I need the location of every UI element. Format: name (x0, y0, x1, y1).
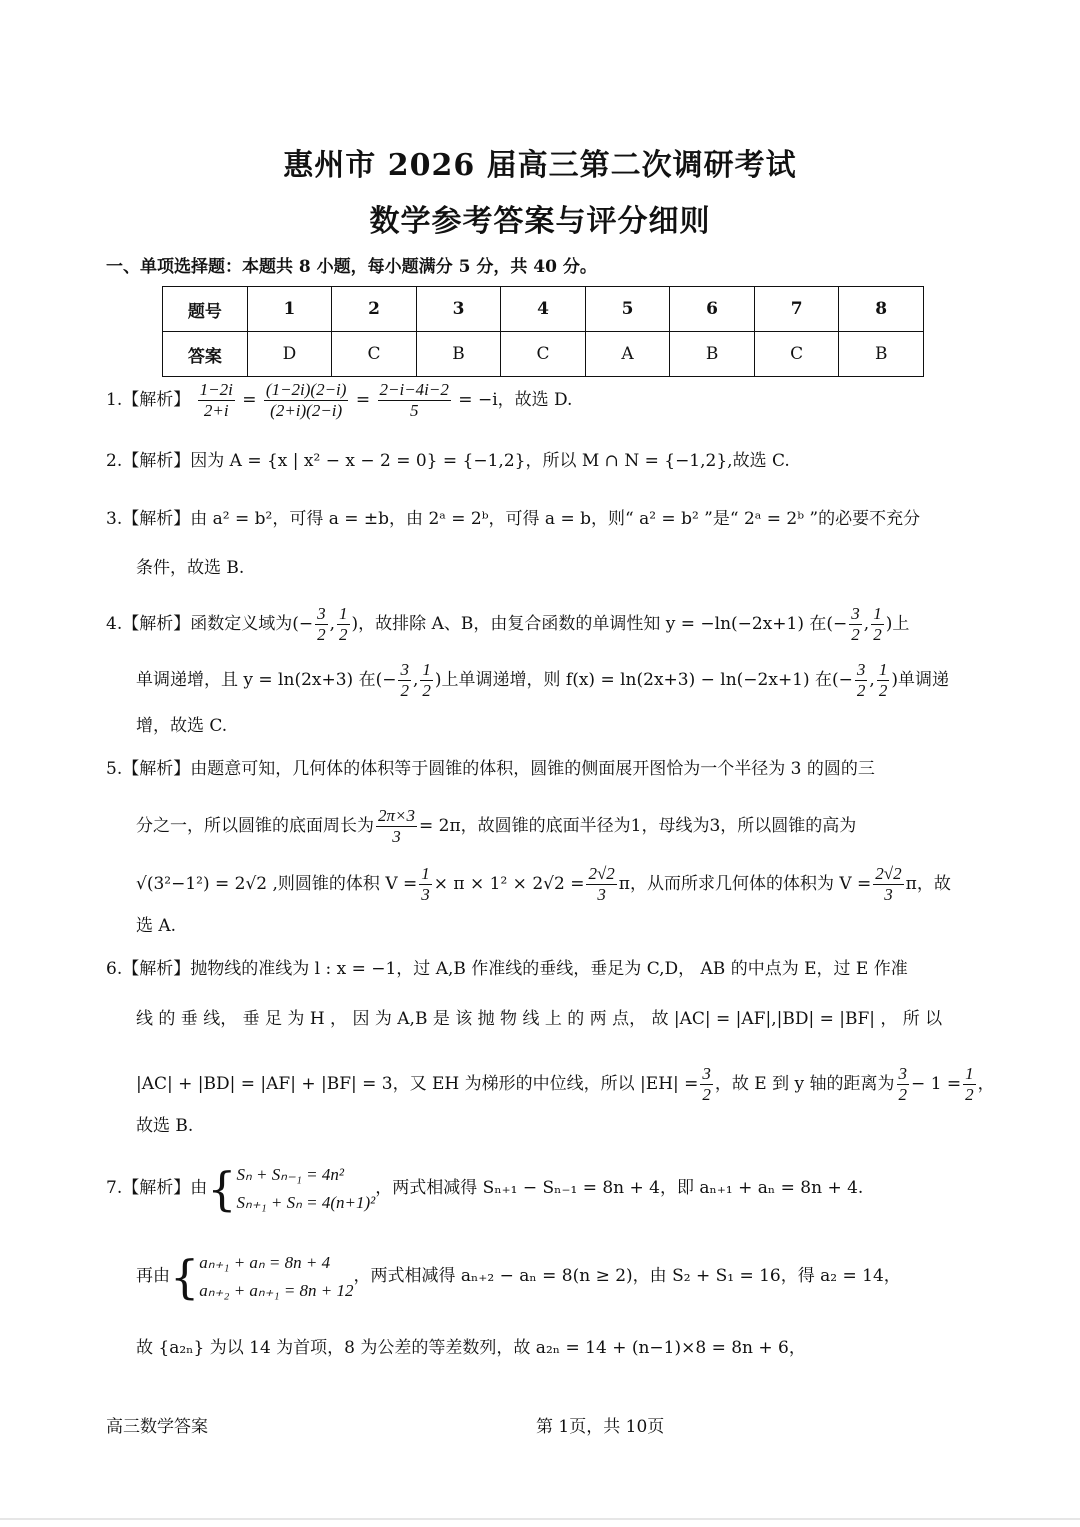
answer-cell: C (332, 332, 417, 377)
footer-page-number: 第 1页，共 10页 (536, 1412, 664, 1437)
question-number: 7 (754, 287, 839, 332)
solution-7-cont: 再由{aₙ₊₁ + aₙ = 8n + 4aₙ₊₂ + aₙ₊₁ = 8n + … (136, 1248, 901, 1305)
exam-subtitle: 数学参考答案与评分细则 (0, 196, 1080, 240)
solution-6-cont: |AC| + |BD| = |AF| + |BF| = 3，又 EH 为梯形的中… (136, 1064, 995, 1105)
solution-label: 4.【解析】 (106, 614, 190, 634)
question-number: 5 (585, 287, 670, 332)
left-brace: { (207, 1166, 236, 1212)
bottom-divider (0, 1518, 1080, 1520)
fraction: 2−i−4i−25 (378, 380, 451, 421)
question-number: 4 (501, 287, 586, 332)
answer-cell: D (247, 332, 332, 377)
row-label: 答案 (163, 332, 248, 377)
solution-label: 5.【解析】 (106, 759, 190, 779)
answer-cell: B (416, 332, 501, 377)
solution-3-cont: 条件，故选 B. (136, 556, 244, 580)
answer-table-header-row: 题号 1 2 3 4 5 6 7 8 (163, 287, 924, 332)
solution-6: 6.【解析】抛物线的准线为 l : x = −1，过 A,B 作准线的垂线，垂足… (106, 957, 908, 981)
question-number: 2 (332, 287, 417, 332)
left-brace: { (170, 1254, 199, 1300)
fraction: 1−2i2+i (198, 380, 235, 421)
solution-1: 1.【解析】 1−2i2+i = (1−2i)(2−i)(2+i)(2−i) =… (106, 380, 572, 421)
footer-doc-name: 高三数学答案 (106, 1412, 208, 1437)
solution-6-cont: 线 的 垂 线， 垂 足 为 H ， 因 为 A,B 是 该 抛 物 线 上 的… (136, 1007, 942, 1031)
equation-system: Sₙ + Sₙ₋₁ = 4n²Sₙ₊₁ + Sₙ = 4(n+1)² (237, 1161, 376, 1217)
answer-cell: C (754, 332, 839, 377)
solution-label: 7.【解析】由 (106, 1178, 207, 1198)
solution-label: 3.【解析】 (106, 509, 190, 529)
solution-5-cont: 分之一，所以圆锥的底面周长为2π×33= 2π，故圆锥的底面半径为1，母线为3，… (136, 806, 856, 847)
question-number: 3 (416, 287, 501, 332)
question-number: 8 (839, 287, 924, 332)
question-number: 1 (247, 287, 332, 332)
document-page: 惠州市 2026 届高三第二次调研考试 数学参考答案与评分细则 一、单项选择题：… (0, 0, 1080, 1527)
answer-cell: B (670, 332, 755, 377)
solution-7-cont: 故 {a₂ₙ} 为以 14 为首项，8 为公差的等差数列，故 a₂ₙ = 14 … (136, 1336, 806, 1360)
solution-label: 2.【解析】 (106, 451, 190, 471)
row-label: 题号 (163, 287, 248, 332)
solution-label: 6.【解析】 (106, 959, 190, 979)
answer-table: 题号 1 2 3 4 5 6 7 8 答案 D C B C A B C B (162, 286, 924, 377)
solution-3: 3.【解析】由 a² = b²，可得 a = ±b，由 2ᵃ = 2ᵇ，可得 a… (106, 507, 920, 531)
solution-4-cont: 增，故选 C. (136, 714, 227, 738)
answer-cell: B (839, 332, 924, 377)
solution-5: 5.【解析】由题意可知，几何体的体积等于圆锥的体积，圆锥的侧面展开图恰为一个半径… (106, 757, 875, 781)
answer-cell: A (585, 332, 670, 377)
fraction: (1−2i)(2−i)(2+i)(2−i) (264, 380, 349, 421)
exam-title: 惠州市 2026 届高三第二次调研考试 (0, 140, 1080, 184)
section-heading: 一、单项选择题：本题共 8 小题，每小题满分 5 分，共 40 分。 (106, 252, 597, 277)
solution-7: 7.【解析】由{Sₙ + Sₙ₋₁ = 4n²Sₙ₊₁ + Sₙ = 4(n+1… (106, 1160, 863, 1217)
question-number: 6 (670, 287, 755, 332)
solution-4-cont: 单调递增，且 y = ln(2x+3) 在(−32,12)上单调递增，则 f(x… (136, 660, 949, 701)
solution-2: 2.【解析】因为 A = {x | x² − x − 2 = 0} = {−1,… (106, 449, 790, 473)
solution-5-cont: 选 A. (136, 914, 176, 938)
solution-4: 4.【解析】函数定义域为(−32,12)，故排除 A、B，由复合函数的单调性知 … (106, 604, 909, 645)
answer-cell: C (501, 332, 586, 377)
solution-label: 1.【解析】 (106, 390, 190, 410)
answer-table-answer-row: 答案 D C B C A B C B (163, 332, 924, 377)
equation-system: aₙ₊₁ + aₙ = 8n + 4aₙ₊₂ + aₙ₊₁ = 8n + 12 (199, 1249, 353, 1305)
solution-5-cont: √(3²−1²) = 2√2 ,则圆锥的体积 V =13× π × 1² × 2… (136, 864, 951, 905)
solution-6-cont: 故选 B. (136, 1114, 193, 1138)
